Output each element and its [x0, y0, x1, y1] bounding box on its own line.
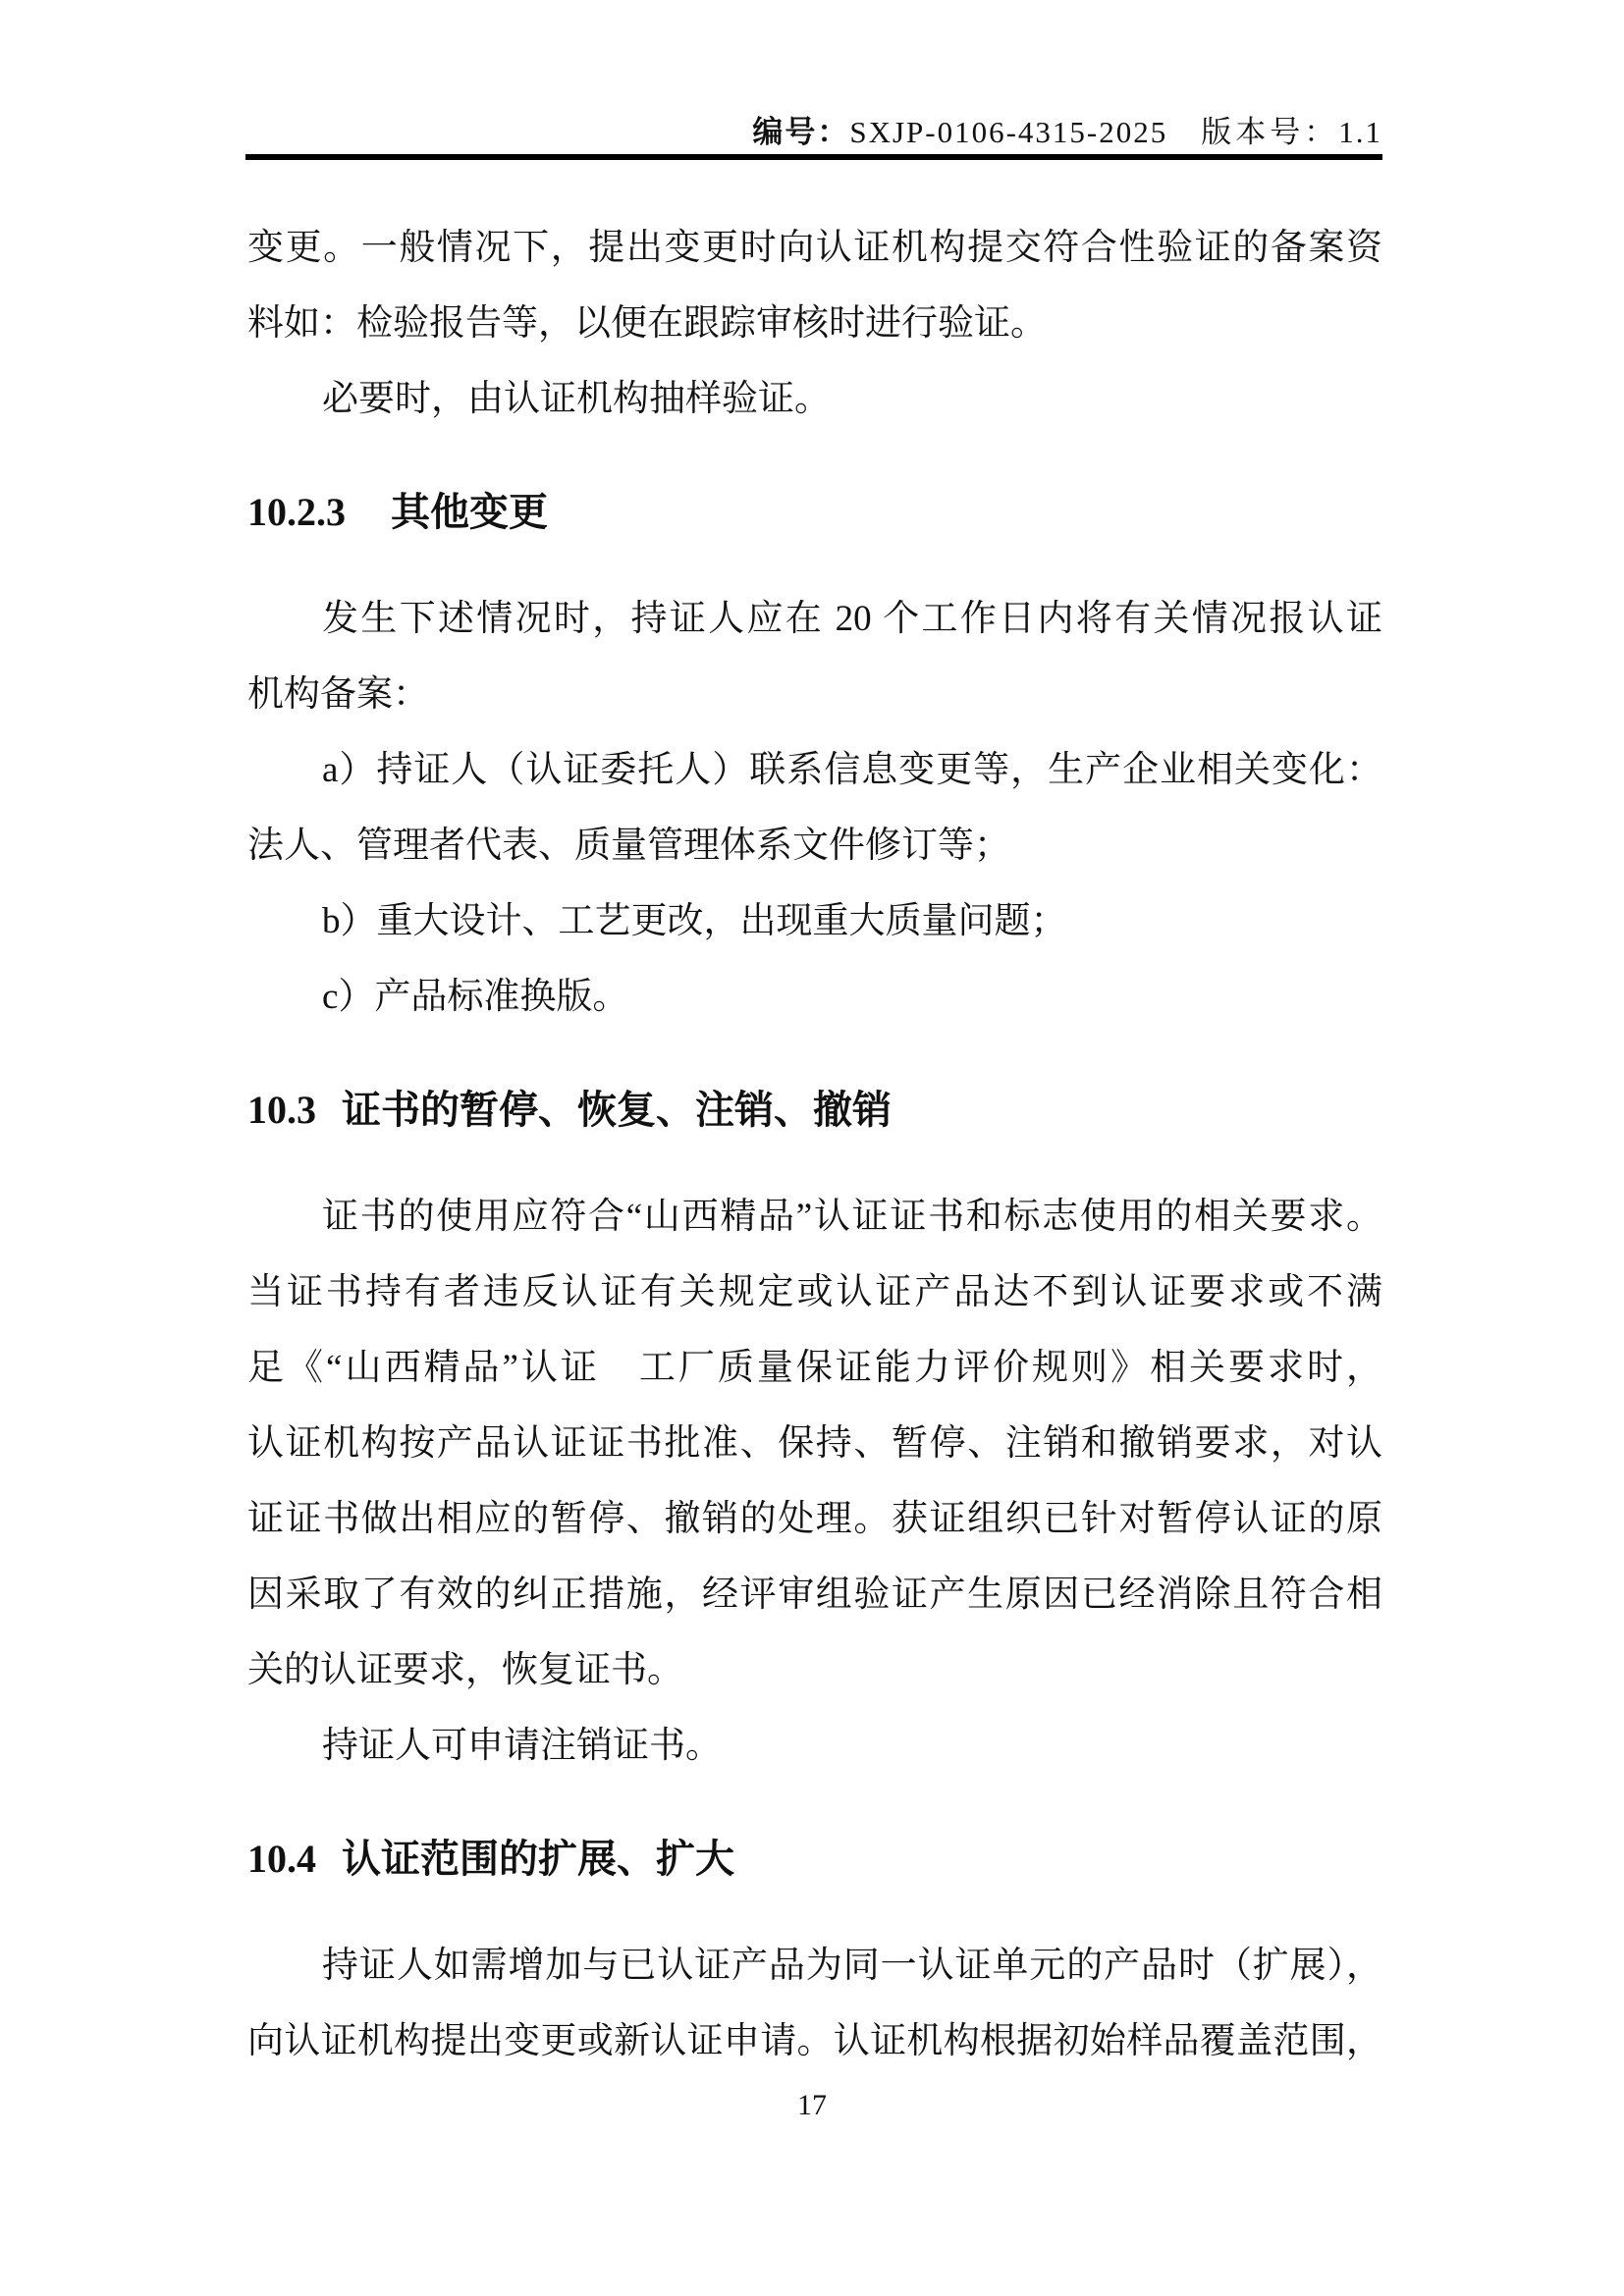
header-rule [245, 154, 1382, 160]
paragraph-line: 关的认证要求，恢复证书。 [247, 1632, 1382, 1708]
list-item-a-continued: 法人、管理者代表、质量管理体系文件修订等； [247, 808, 1382, 883]
document-body: 变更。一般情况下，提出变更时向认证机构提交符合性验证的备案资 料如：检验报告等，… [247, 210, 1382, 2079]
section-title: 证书的暂停、恢复、注销、撤销 [342, 1088, 892, 1132]
section-number: 10.4 [247, 1837, 316, 1881]
page-footer: 17 [0, 2085, 1624, 2126]
section-number: 10.2.3 [247, 490, 346, 534]
section-title: 认证范围的扩展、扩大 [342, 1837, 734, 1881]
paragraph-line: 发生下述情况时，持证人应在 20 个工作日内将有关情况报认证 [247, 581, 1382, 657]
paragraph-line: 向认证机构提出变更或新认证申请。认证机构根据初始样品覆盖范围， [247, 2003, 1382, 2079]
section-heading-10-3: 10.3证书的暂停、恢复、注销、撤销 [247, 1072, 1382, 1148]
paragraph-line: 因采取了有效的纠正措施，经评审组验证产生原因已经消除且符合相 [247, 1557, 1382, 1632]
paragraph-line: 足《“山西精品”认证 工厂质量保证能力评价规则》相关要求时， [247, 1330, 1382, 1406]
paragraph-line: 证书的使用应符合“山西精品”认证证书和标志使用的相关要求。 [247, 1179, 1382, 1255]
page-header: 编号：SXJP-0106-4315-2025版本号：1.1 [752, 112, 1382, 153]
version-value: 1.1 [1338, 115, 1382, 149]
document-page: 编号：SXJP-0106-4315-2025版本号：1.1 变更。一般情况下，提… [0, 0, 1624, 2296]
doc-number-value: SXJP-0106-4315-2025 [849, 115, 1167, 149]
paragraph-line: 当证书持有者违反认证有关规定或认证产品达不到认证要求或不满 [247, 1255, 1382, 1330]
paragraph-line: 机构备案： [247, 657, 1382, 732]
version-label: 版本号： [1201, 115, 1338, 149]
paragraph-line: 认证机构按产品认证证书批准、保持、暂停、注销和撤销要求，对认 [247, 1406, 1382, 1481]
section-heading-10-4: 10.4认证范围的扩展、扩大 [247, 1821, 1382, 1896]
list-item-c: c）产品标准换版。 [247, 959, 1382, 1035]
section-title: 其他变更 [391, 490, 548, 534]
paragraph-line: 必要时，由认证机构抽样验证。 [247, 361, 1382, 437]
section-heading-10-2-3: 10.2.3其他变更 [247, 474, 1382, 550]
list-item-b: b）重大设计、工艺更改，出现重大质量问题； [247, 883, 1382, 959]
paragraph-line: 持证人可申请注销证书。 [247, 1708, 1382, 1784]
section-number: 10.3 [247, 1088, 316, 1132]
page-number: 17 [797, 2089, 827, 2121]
paragraph-line: 料如：检验报告等，以便在跟踪审核时进行验证。 [247, 286, 1382, 361]
list-item-a: a）持证人（认证委托人）联系信息变更等，生产企业相关变化： [247, 732, 1382, 808]
paragraph-line: 持证人如需增加与已认证产品为同一认证单元的产品时（扩展）， [247, 1928, 1382, 2003]
paragraph-line: 证证书做出相应的暂停、撤销的处理。获证组织已针对暂停认证的原 [247, 1481, 1382, 1557]
doc-number-label: 编号： [752, 115, 849, 149]
paragraph-line: 变更。一般情况下，提出变更时向认证机构提交符合性验证的备案资 [247, 210, 1382, 286]
